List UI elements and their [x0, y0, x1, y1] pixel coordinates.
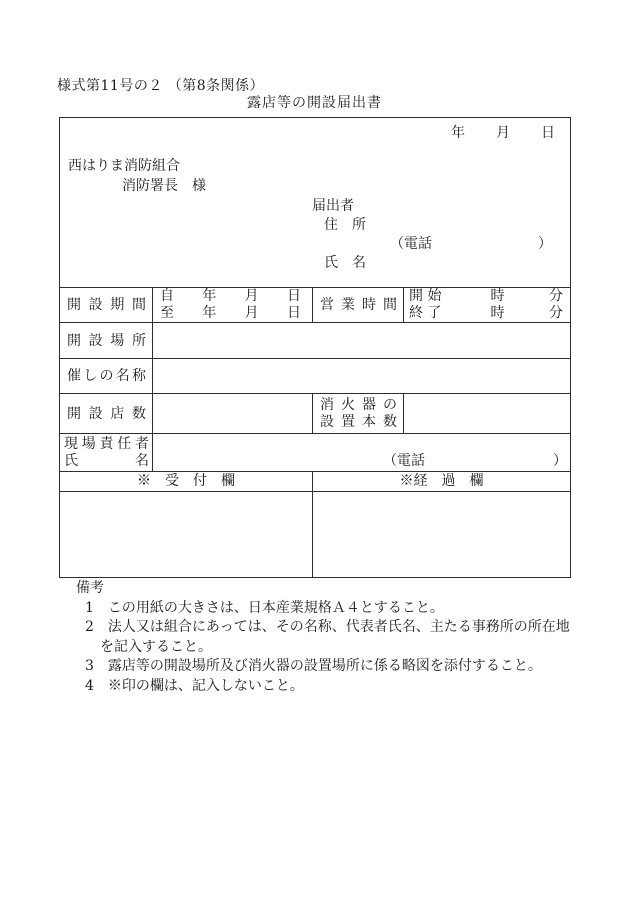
hours-label: 営業時間	[313, 297, 403, 313]
notification-form-table: 年 月 日 西はりま消防組合 消防署長 様 届出者 住 所 （電話 ） 氏 名 …	[59, 117, 571, 578]
manager-phone-line: （電話 ）	[383, 453, 567, 469]
period-label-cell: 開設期間	[60, 288, 153, 323]
event-value-cell	[153, 359, 571, 394]
phone-open-label: （電話	[383, 453, 425, 469]
extinguisher-label-cell: 消火器の 設置本数	[313, 394, 404, 434]
period-to-line: 至 年 月 日	[153, 305, 312, 322]
month-label: 月	[245, 305, 259, 322]
notes-heading: 備考	[76, 579, 630, 599]
row-official-use	[60, 492, 571, 578]
to-label: 至	[160, 305, 174, 322]
addressee-chief: 消防署長 様	[122, 175, 206, 195]
extinguisher-label-line1: 消火器の	[313, 397, 403, 414]
reception-column-header: ※ 受 付 欄	[60, 472, 313, 492]
row-header: 年 月 日 西はりま消防組合 消防署長 様 届出者 住 所 （電話 ） 氏 名	[60, 118, 571, 288]
start-label: 開始	[409, 288, 446, 305]
event-label: 催しの名称	[60, 368, 152, 384]
stalls-value-cell	[153, 394, 313, 434]
date-placeholder: 年 月 日	[451, 122, 556, 142]
hours-label-cell: 営業時間	[313, 288, 404, 323]
note-item-3: 3 露店等の開設場所及び消火器の設置場所に係る略図を添付すること。	[85, 657, 630, 677]
year-label: 年	[202, 305, 216, 322]
day-label: 日	[287, 305, 301, 322]
addressee-org: 西はりま消防組合	[68, 155, 180, 175]
row-event-name: 催しの名称	[60, 359, 571, 394]
day-label: 日	[287, 288, 301, 305]
form-title: 露店等の開設届出書	[59, 95, 570, 111]
place-value-cell	[153, 323, 571, 359]
progress-column-header: ※経 過 欄	[313, 472, 571, 492]
note-item-4: 4 ※印の欄は、記入しないこと。	[85, 677, 630, 697]
notifier-label: 届出者	[312, 195, 354, 215]
notes-section: 備考 1 この用紙の大きさは、日本産業規格Ａ４とすること。 2 法人又は組合にあ…	[0, 579, 630, 696]
note-item-2-line2: を記入すること。	[100, 638, 630, 658]
extinguisher-value-cell	[404, 394, 571, 434]
note-item-2: 2 法人又は組合にあっては、その名称、代表者氏名、主たる事務所の所在地 を記入す…	[85, 618, 630, 657]
row-stall-count: 開設店数 消火器の 設置本数	[60, 394, 571, 434]
month-label: 月	[245, 288, 259, 305]
extinguisher-label-line2: 設置本数	[313, 414, 403, 431]
manager-label-cell: 現場責任者 氏名	[60, 434, 153, 472]
row-opening-period: 開設期間 自 年 月 日 至 年 月 日 営業時間 開始 時 分	[60, 288, 571, 323]
period-value-cell: 自 年 月 日 至 年 月 日	[153, 288, 313, 323]
year-label: 年	[202, 288, 216, 305]
phone-close-label: ）	[538, 233, 552, 253]
hours-value-cell: 開始 時 分 終了 時 分	[404, 288, 571, 323]
header-cell: 年 月 日 西はりま消防組合 消防署長 様 届出者 住 所 （電話 ） 氏 名	[60, 118, 571, 288]
row-site-manager: 現場責任者 氏名 （電話 ）	[60, 434, 571, 472]
address-label: 住 所	[324, 214, 366, 234]
manager-label-line2: 氏名	[60, 453, 152, 470]
minute-label: 分	[549, 288, 563, 305]
minute-label: 分	[549, 305, 563, 322]
form-number: 様式第11号の２ （第8条関係）	[57, 78, 264, 94]
hour-label: 時	[490, 305, 504, 322]
hours-end-line: 終了 時 分	[404, 305, 570, 322]
hour-label: 時	[490, 288, 504, 305]
manager-value-cell: （電話 ）	[153, 434, 571, 472]
row-section-headers: ※ 受 付 欄 ※経 過 欄	[60, 472, 571, 492]
stalls-label: 開設店数	[60, 406, 152, 422]
from-label: 自	[160, 288, 174, 305]
document-page: { "page": { "form_number": "様式第11号の２ （第8…	[0, 0, 630, 903]
progress-box	[313, 492, 571, 578]
note-item-1: 1 この用紙の大きさは、日本産業規格Ａ４とすること。	[85, 599, 630, 619]
notifier-phone-line: （電話 ）	[390, 233, 552, 253]
phone-open-label: （電話	[390, 233, 432, 253]
period-label: 開設期間	[60, 297, 152, 313]
reception-box	[60, 492, 313, 578]
place-label-cell: 開設場所	[60, 323, 153, 359]
row-opening-place: 開設場所	[60, 323, 571, 359]
end-label: 終了	[409, 305, 446, 322]
place-label: 開設場所	[60, 333, 152, 349]
note-item-2-line1: 2 法人又は組合にあっては、その名称、代表者氏名、主たる事務所の所在地	[85, 618, 630, 638]
hours-start-line: 開始 時 分	[404, 288, 570, 305]
phone-close-label: ）	[553, 453, 567, 469]
manager-label-line1: 現場責任者	[60, 436, 152, 453]
stalls-label-cell: 開設店数	[60, 394, 153, 434]
period-from-line: 自 年 月 日	[153, 288, 312, 305]
name-label: 氏 名	[324, 252, 366, 272]
event-label-cell: 催しの名称	[60, 359, 153, 394]
